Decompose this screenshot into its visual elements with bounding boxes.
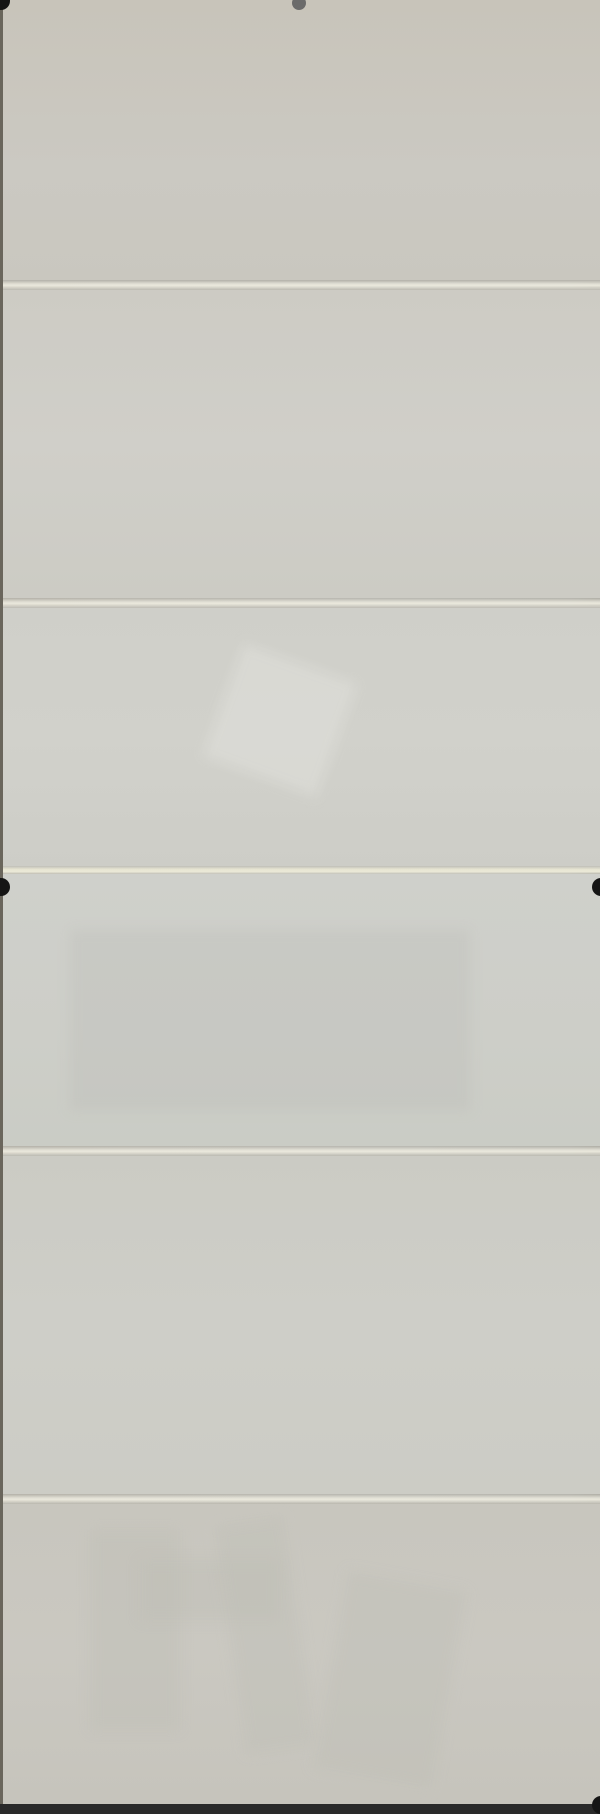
poster-back <box>0 0 600 1804</box>
fold-crease <box>0 866 600 874</box>
fold-crease <box>0 598 600 608</box>
poster-edge-shadow <box>0 0 3 1804</box>
fold-crease <box>0 1494 600 1504</box>
fold-crease <box>0 280 600 290</box>
fold-crease <box>0 1146 600 1156</box>
poster-panel-5 <box>0 1154 600 1494</box>
ink-show-through <box>70 930 470 1110</box>
poster-panel-2 <box>0 288 600 598</box>
poster-panel-1 <box>0 0 600 282</box>
